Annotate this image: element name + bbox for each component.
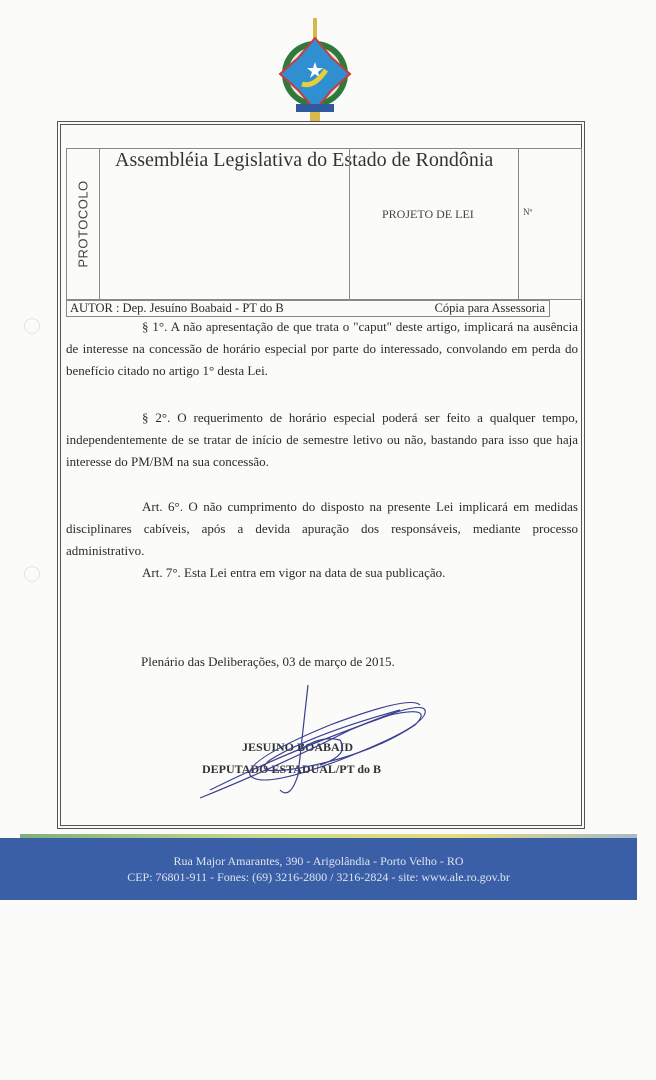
protocol-column: PROTOCOLO bbox=[67, 149, 100, 299]
header-box: PROTOCOLO Assembléia Legislativa do Esta… bbox=[66, 148, 582, 300]
doc-type-label: PROJETO DE LEI bbox=[382, 207, 474, 222]
article-7: Art. 7°. Esta Lei entra em vigor na data… bbox=[66, 562, 578, 584]
paragraph-2: § 2°. O requerimento de horário especial… bbox=[66, 407, 578, 473]
author-label: AUTOR : Dep. Jesuíno Boabaid - PT do B bbox=[70, 301, 284, 316]
punch-hole bbox=[24, 566, 40, 582]
author-row: AUTOR : Dep. Jesuíno Boabaid - PT do B C… bbox=[66, 300, 550, 317]
place-date: Plenário das Deliberações, 03 de março d… bbox=[141, 651, 395, 673]
footer-contact: CEP: 76801-911 - Fones: (69) 3216-2800 /… bbox=[0, 870, 637, 885]
punch-hole bbox=[24, 318, 40, 334]
signature-scribble bbox=[190, 680, 440, 805]
footer-band: Rua Major Amarantes, 390 - Arigolândia -… bbox=[0, 838, 637, 900]
paragraph-1: § 1°. A não apresentação de que trata o … bbox=[66, 316, 578, 382]
footer-address: Rua Major Amarantes, 390 - Arigolândia -… bbox=[0, 854, 637, 869]
doc-type-column: PROJETO DE LEI bbox=[349, 149, 519, 299]
article-6: Art. 6°. O não cumprimento do disposto n… bbox=[66, 496, 578, 562]
copy-note: Cópia para Assessoria bbox=[435, 301, 545, 316]
state-coat-of-arms-icon bbox=[274, 18, 356, 124]
protocol-label: PROTOCOLO bbox=[76, 180, 91, 267]
number-label: Nº bbox=[517, 207, 532, 217]
